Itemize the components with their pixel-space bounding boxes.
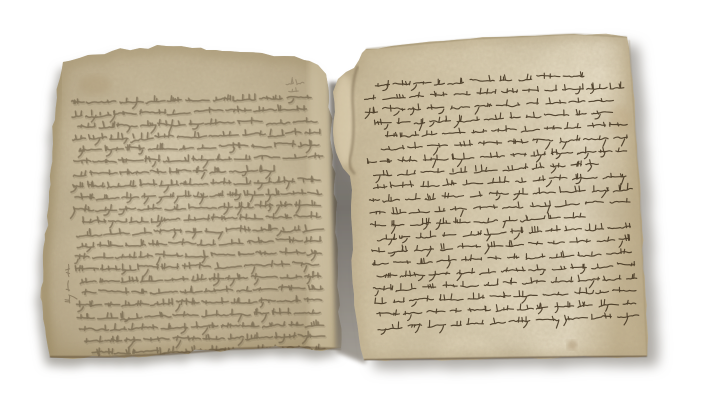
right-leaf-surface [333, 28, 655, 368]
left-leaf-stain [79, 75, 111, 95]
right-leaf-stain-2 [610, 106, 630, 134]
manuscript-photo: Two facing leaves of an ancient handwrit… [0, 0, 702, 400]
manuscript-svg [0, 0, 702, 400]
right-leaf-stain [567, 340, 577, 350]
left-leaf-surface [28, 32, 353, 372]
